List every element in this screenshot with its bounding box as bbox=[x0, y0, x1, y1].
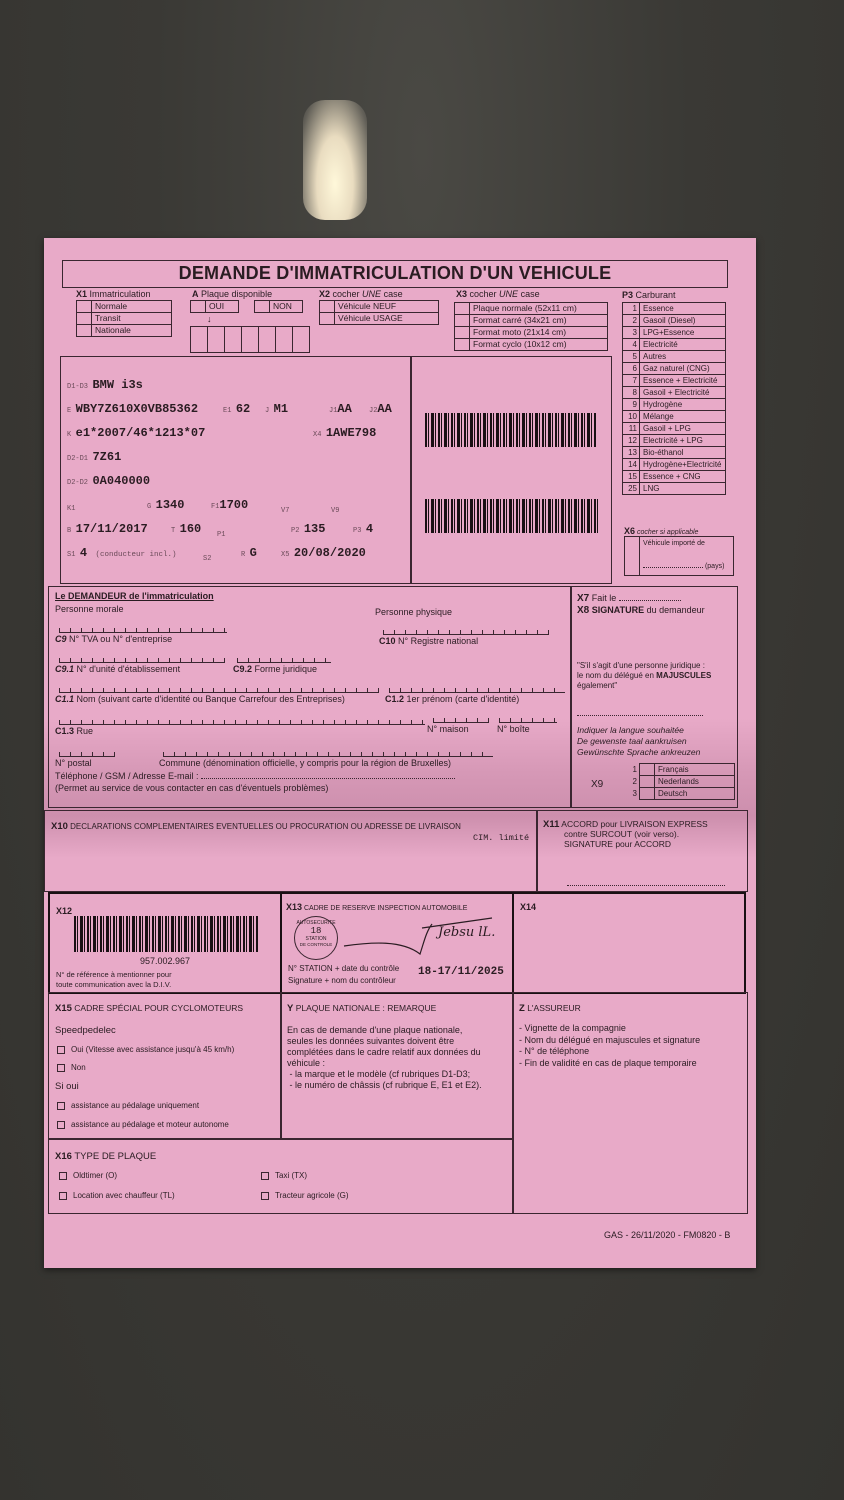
a-yes: OUI bbox=[190, 300, 239, 313]
x2-options: Véhicule NEUF Véhicule USAGE bbox=[319, 300, 439, 325]
a-checkbox-oui[interactable] bbox=[191, 301, 206, 313]
fuel-option[interactable]: 7Essence + Electricité bbox=[623, 375, 726, 387]
x16-option-location[interactable]: Location avec chauffeur (TL) bbox=[59, 1191, 175, 1200]
z-item: - Vignette de la compagnie bbox=[519, 1023, 700, 1035]
fuel-option[interactable]: 5Autres bbox=[623, 351, 726, 363]
x15-suboption-2[interactable]: assistance au pédalage et moteur autonom… bbox=[57, 1120, 229, 1129]
arrow-down-icon: ↓ bbox=[207, 314, 212, 324]
x3-checkbox-normale[interactable] bbox=[455, 303, 470, 315]
c1-1-input[interactable] bbox=[59, 687, 379, 693]
p3-label: P3 Carburant bbox=[622, 290, 676, 300]
vin: WBY7Z610X0VB85362 bbox=[76, 402, 198, 416]
barcode-box bbox=[410, 356, 612, 584]
y-line: En cas de demande d'une plaque nationale… bbox=[287, 1025, 482, 1036]
x1-options: Normale Transit Nationale bbox=[76, 300, 172, 337]
x1-checkbox-nationale[interactable] bbox=[77, 325, 92, 337]
form-footer-ref: GAS - 26/11/2020 - FM0820 - B bbox=[604, 1230, 730, 1240]
language-options: 1Français2Nederlands3Deutsch bbox=[623, 763, 735, 800]
a-checkbox-non[interactable] bbox=[255, 301, 270, 313]
y-remark-text: En cas de demande d'une plaque nationale… bbox=[287, 1025, 482, 1091]
z-item: - Nom du délégué en majuscules et signat… bbox=[519, 1035, 700, 1047]
x6-box: Véhicule importé de (pays) bbox=[624, 536, 734, 576]
fuel-option[interactable]: 9Hydrogène bbox=[623, 399, 726, 411]
x14-box: X14 bbox=[512, 892, 746, 994]
inspection-stamp: AUTOSECURITE 18 STATION DE CONTROLE bbox=[294, 916, 338, 960]
fuel-option[interactable]: 14Hydrogène+Electricité bbox=[623, 459, 726, 471]
x3-checkbox-carre[interactable] bbox=[455, 315, 470, 327]
c9-2-input[interactable] bbox=[237, 657, 331, 663]
x2-label: X2 cocher UNE case bbox=[319, 289, 403, 299]
fuel-option[interactable]: 25LNG bbox=[623, 483, 726, 495]
x12-box: X12 957.002.967 N° de référence à mentio… bbox=[48, 892, 282, 994]
z-item: - Fin de validité en cas de plaque tempo… bbox=[519, 1058, 700, 1070]
x13-box: X13 CADRE DE RESERVE INSPECTION AUTOMOBI… bbox=[280, 892, 514, 994]
c9-1-input[interactable] bbox=[59, 657, 225, 663]
phone-field[interactable]: Téléphone / GSM / Adresse E-mail : bbox=[55, 771, 455, 781]
fuel-option[interactable]: 13Bio-éthanol bbox=[623, 447, 726, 459]
x1-checkbox-normale[interactable] bbox=[77, 301, 92, 313]
language-option: 1Français bbox=[623, 764, 735, 776]
x16-box: X16 TYPE DE PLAQUE Oldtimer (O) Taxi (TX… bbox=[48, 1138, 514, 1214]
x15-suboption-1[interactable]: assistance au pédalage uniquement bbox=[57, 1101, 199, 1110]
type-approval: e1*2007/46*1213*07 bbox=[76, 426, 206, 440]
x5-date: 20/08/2020 bbox=[294, 546, 366, 560]
signature-box: X7 Fait le X8 SIGNATURE du demandeur "S'… bbox=[570, 586, 738, 808]
x1-checkbox-transit[interactable] bbox=[77, 313, 92, 325]
fuel-option[interactable]: 1Essence bbox=[623, 303, 726, 315]
fuel-option[interactable]: 3LPG+Essence bbox=[623, 327, 726, 339]
x6-checkbox[interactable] bbox=[625, 537, 640, 575]
x16-option-oldtimer[interactable]: Oldtimer (O) bbox=[59, 1171, 117, 1180]
house-number-input[interactable] bbox=[433, 717, 489, 723]
fuel-option[interactable]: 4Electricité bbox=[623, 339, 726, 351]
title-box: DEMANDE D'IMMATRICULATION D'UN VEHICULE bbox=[62, 260, 728, 288]
make-model: BMW i3s bbox=[92, 378, 142, 392]
language-checkbox[interactable] bbox=[640, 788, 655, 800]
svg-text:Jebsu lL.: Jebsu lL. bbox=[435, 925, 495, 940]
language-option: 3Deutsch bbox=[623, 788, 735, 800]
inspector-signature: Jebsu lL. bbox=[342, 914, 502, 960]
x10-value: CIM. limité bbox=[473, 833, 529, 843]
postal-code-input[interactable] bbox=[59, 751, 115, 757]
y-line: - la marque et le modèle (cf rubriques D… bbox=[287, 1069, 482, 1080]
x6-label: X6 cocher si applicable bbox=[624, 526, 698, 536]
fuel-option[interactable]: 15Essence + CNG bbox=[623, 471, 726, 483]
first-registration-date: 17/11/2017 bbox=[76, 522, 148, 536]
language-checkbox[interactable] bbox=[640, 764, 655, 776]
y-line: - le numéro de châssis (cf rubrique E, E… bbox=[287, 1080, 482, 1091]
fuel-options: 1Essence2Gasoil (Diesel)3LPG+Essence4Ele… bbox=[622, 302, 726, 495]
y-box: Y PLAQUE NATIONALE : REMARQUE En cas de … bbox=[280, 992, 514, 1140]
z-box: Z L'ASSUREUR - Vignette de la compagnie-… bbox=[512, 992, 748, 1214]
station-date: 18-17/11/2025 bbox=[418, 966, 504, 978]
c9-input[interactable] bbox=[59, 627, 227, 633]
y-line: seules les données suivantes doivent êtr… bbox=[287, 1036, 482, 1047]
x15-box: X15 CADRE SPÉCIAL POUR CYCLOMOTEURS Spee… bbox=[48, 992, 282, 1140]
x16-option-tracteur[interactable]: Tracteur agricole (G) bbox=[261, 1191, 349, 1200]
reference-barcode bbox=[74, 916, 258, 952]
fuel-option[interactable]: 6Gaz naturel (CNG) bbox=[623, 363, 726, 375]
a-label: A Plaque disponible bbox=[192, 289, 272, 299]
form-title: DEMANDE D'IMMATRICULATION D'UN VEHICULE bbox=[63, 261, 727, 285]
y-line: véhicule : bbox=[287, 1058, 482, 1069]
x3-label: X3 cocher UNE case bbox=[456, 289, 540, 299]
fuel-option[interactable]: 12Electricité + LPG bbox=[623, 435, 726, 447]
commune-input[interactable] bbox=[163, 751, 493, 757]
insurer-requirements: - Vignette de la compagnie- Nom du délég… bbox=[519, 1023, 700, 1069]
barcode-2 bbox=[425, 499, 599, 533]
fuel-option[interactable]: 8Gasoil + Electricité bbox=[623, 387, 726, 399]
x3-options: Plaque normale (52x11 cm) Format carré (… bbox=[454, 302, 608, 351]
reference-number: 957.002.967 bbox=[140, 956, 190, 966]
x11-box: X11 ACCORD pour LIVRAISON EXPRESS contre… bbox=[536, 810, 748, 892]
c10-input[interactable] bbox=[383, 629, 549, 635]
applicant-box: Le DEMANDEUR de l'immatriculation Person… bbox=[48, 586, 572, 808]
signature-area[interactable] bbox=[577, 619, 727, 659]
c1-2-input[interactable] bbox=[389, 687, 565, 693]
x15-option-oui[interactable]: Oui (Vitesse avec assistance jusqu'à 45 … bbox=[57, 1045, 234, 1054]
x3-checkbox-moto[interactable] bbox=[455, 327, 470, 339]
fuel-option[interactable]: 10Mélange bbox=[623, 411, 726, 423]
x11-signature-line[interactable] bbox=[567, 873, 725, 891]
vehicle-data-box: D1-D3 BMW i3s E WBY7Z610X0VB85362 E1 62 … bbox=[60, 356, 412, 584]
registration-form: DEMANDE D'IMMATRICULATION D'UN VEHICULE … bbox=[44, 238, 756, 1268]
plate-number-boxes[interactable] bbox=[190, 326, 310, 353]
x1-label: X1 Immatriculation bbox=[76, 289, 151, 299]
light-reflection bbox=[303, 100, 367, 220]
box-number-input[interactable] bbox=[499, 717, 557, 723]
x2-checkbox-neuf[interactable] bbox=[320, 301, 335, 313]
fuel-option[interactable]: 11Gasoil + LPG bbox=[623, 423, 726, 435]
x16-option-taxi[interactable]: Taxi (TX) bbox=[261, 1171, 307, 1180]
z-item: - N° de téléphone bbox=[519, 1046, 700, 1058]
language-option: 2Nederlands bbox=[623, 776, 735, 788]
x4-value: 1AWE798 bbox=[326, 426, 376, 440]
barcode-1 bbox=[425, 413, 597, 447]
c1-3-input[interactable] bbox=[59, 719, 425, 725]
y-line: complétées dans le cadre relatif aux don… bbox=[287, 1047, 482, 1058]
x10-box: X10 DECLARATIONS COMPLEMENTAIRES EVENTUE… bbox=[44, 810, 538, 892]
x3-checkbox-cyclo[interactable] bbox=[455, 339, 470, 351]
x15-option-non[interactable]: Non bbox=[57, 1063, 86, 1072]
language-checkbox[interactable] bbox=[640, 776, 655, 788]
x2-checkbox-usage[interactable] bbox=[320, 313, 335, 325]
a-no: NON bbox=[254, 300, 303, 313]
fuel-option[interactable]: 2Gasoil (Diesel) bbox=[623, 315, 726, 327]
